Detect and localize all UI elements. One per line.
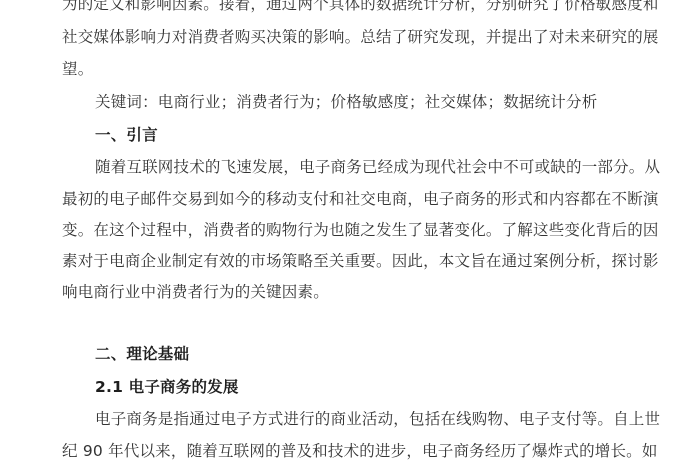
subsection-2-1-line-2: 纪 90 年代以来，随着互联网的普及和技术的进步，电子商务经历了爆炸式的增长。如 — [62, 441, 632, 461]
section-1-line-2: 最初的电子邮件交易到如今的移动支付和社交电商，电子商务的形式和内容都在不断演 — [62, 189, 632, 209]
document-page: 为的定义和影响因素。接着，通过两个具体的数据统计分析，分别研究了价格敏感度和 社… — [0, 0, 700, 470]
keywords-line: 关键词：电商行业；消费者行为；价格敏感度；社交媒体；数据统计分析 — [95, 92, 635, 112]
subsection-2-1-line-1: 电子商务是指通过电子方式进行的商业活动，包括在线购物、电子支付等。自上世 — [95, 409, 635, 429]
section-1-line-5: 响电商行业中消费者行为的关键因素。 — [62, 282, 632, 302]
section-1-line-4: 素对于电商企业制定有效的市场策略至关重要。因此，本文旨在通过案例分析，探讨影 — [62, 251, 632, 271]
section-1-line-3: 变。在这个过程中，消费者的购物行为也随之发生了显著变化。了解这些变化背后的因 — [62, 220, 632, 240]
abstract-line-3: 望。 — [62, 59, 632, 79]
section-1-line-1: 随着互联网技术的飞速发展，电子商务已经成为现代社会中不可或缺的一部分。从 — [95, 157, 635, 177]
section-2-heading: 二、理论基础 — [95, 344, 665, 364]
subsection-2-1-heading: 2.1 电子商务的发展 — [95, 377, 665, 397]
abstract-line-1: 为的定义和影响因素。接着，通过两个具体的数据统计分析，分别研究了价格敏感度和 — [62, 0, 632, 14]
abstract-line-2: 社交媒体影响力对消费者购买决策的影响。总结了研究发现，并提出了对未来研究的展 — [62, 27, 632, 47]
section-1-heading: 一、引言 — [95, 125, 665, 145]
